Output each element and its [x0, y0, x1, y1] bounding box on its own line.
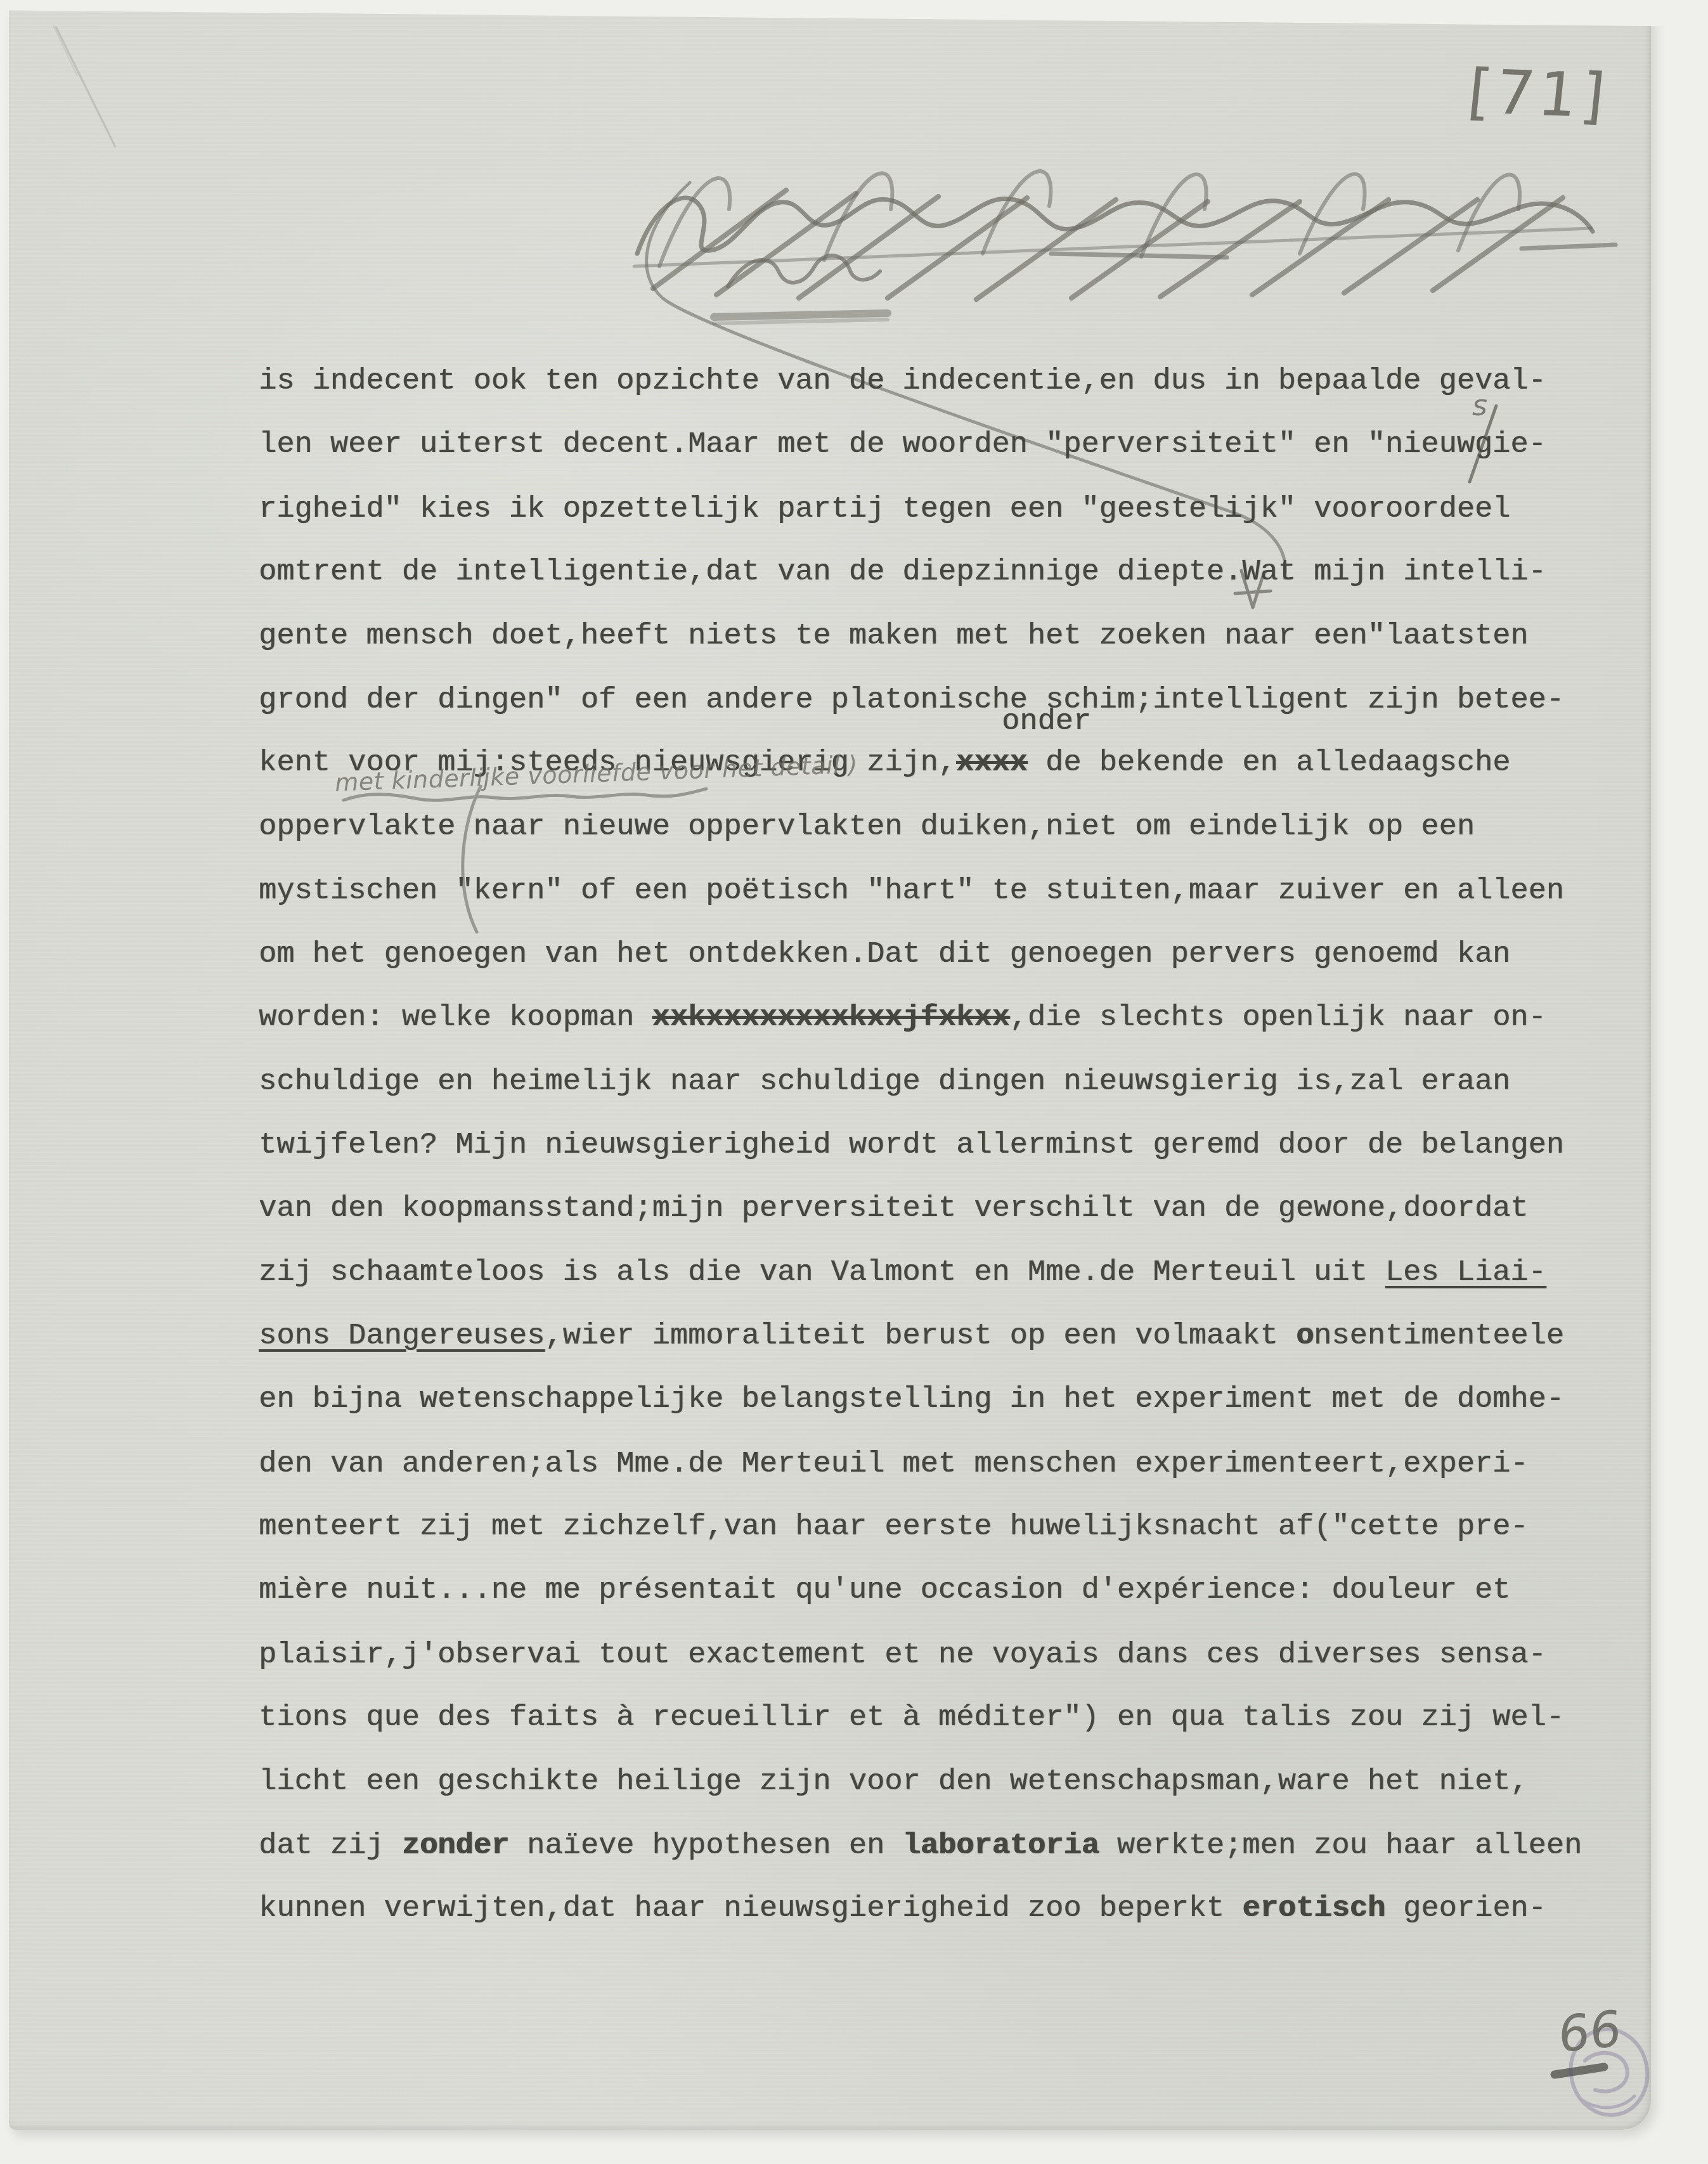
- typescript-line: twijfelen? Mijn nieuwsgierigheid wordt a…: [259, 1114, 1641, 1177]
- typescript-line: righeid" kies ik opzettelijk partij tege…: [259, 478, 1641, 541]
- typescript-line: plaisir,j'observai tout exactement et ne…: [259, 1624, 1641, 1687]
- typescript-line: grond der dingen" of een andere platonis…: [259, 669, 1641, 732]
- typescript-line: menteert zij met zichzelf,van haar eerst…: [259, 1496, 1641, 1559]
- typescript-line: worden: welke koopman xxkxxxxxxxxkxxjfxk…: [259, 987, 1641, 1050]
- typescript-line: dat zij zonder naïeve hypothesen en labo…: [259, 1815, 1641, 1878]
- typescript-line: schuldige en heimelijk naar schuldige di…: [259, 1051, 1641, 1114]
- typescript-line: licht een geschikte heilige zijn voor de…: [259, 1751, 1641, 1814]
- typescript-line: mystischen "kern" of een poëtisch "hart"…: [259, 860, 1641, 923]
- typescript-line: sons Dangereuses,wier immoraliteit berus…: [259, 1305, 1641, 1368]
- typescript-line: oppervlakte naar nieuwe oppervlakten dui…: [259, 796, 1641, 859]
- scanned-page: [71] is indecent ook ten opzichte van de…: [0, 0, 1708, 2164]
- typescript-line: gente mensch doet,heeft niets te maken m…: [259, 605, 1641, 668]
- typescript-line: en bijna wetenschappelijke belangstellin…: [259, 1368, 1641, 1432]
- typescript-line: om het genoegen van het ontdekken.Dat di…: [259, 923, 1641, 987]
- page-number-top: [71]: [1465, 56, 1612, 131]
- typescript-line: omtrent de intelligentie,dat van de diep…: [259, 541, 1641, 604]
- typescript-text: is indecent ook ten opzichte van de inde…: [259, 350, 1641, 1941]
- typescript-line: van den koopmansstand;mijn perversiteit …: [259, 1177, 1641, 1241]
- typescript-line: kunnen verwijten,dat haar nieuwsgierighe…: [259, 1877, 1641, 1941]
- typescript-line: mière nuit...ne me présentait qu'une occ…: [259, 1559, 1641, 1623]
- typescript-line: tions que des faits à recueillir et à mé…: [259, 1687, 1641, 1750]
- typed-interline-correction: onder: [1002, 705, 1091, 739]
- typescript-line: is indecent ook ten opzichte van de inde…: [259, 350, 1641, 413]
- archive-number-bottom: 66: [1558, 2000, 1622, 2064]
- typescript-line: den van anderen;als Mme.de Merteuil met …: [259, 1433, 1641, 1496]
- typescript-line: len weer uiterst decent.Maar met de woor…: [259, 413, 1641, 477]
- pencil-inserted-letter: s: [1472, 388, 1487, 422]
- typescript-line: zij schaamteloos is als die van Valmont …: [259, 1241, 1641, 1305]
